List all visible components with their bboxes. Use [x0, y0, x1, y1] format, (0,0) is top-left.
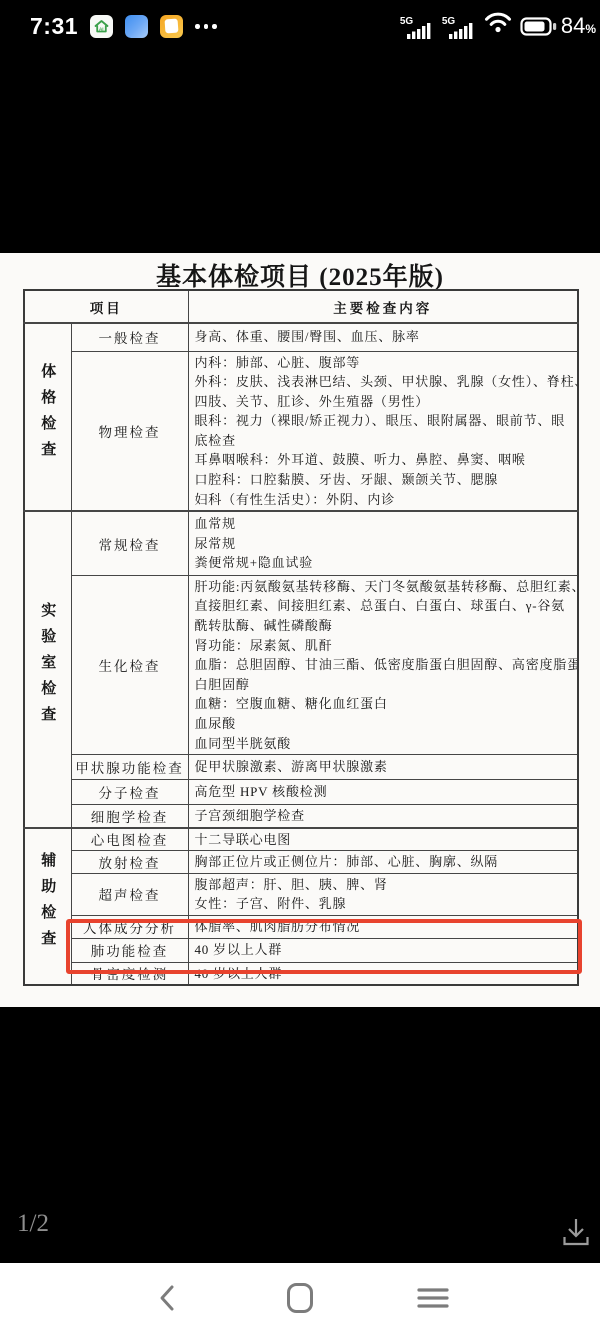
exam-content: 高危型 HPV 核酸检测	[188, 780, 578, 805]
exam-item: 放射检查	[71, 851, 188, 874]
exam-content: 腹部超声：肝、胆、胰、脾、肾 女性：子宫、附件、乳腺	[188, 873, 578, 915]
table-header-project: 项目	[24, 290, 188, 323]
exam-content: 十二导联心电图	[188, 828, 578, 851]
signal-icon-sim1: 5G	[400, 16, 434, 40]
exam-item: 分子检查	[71, 780, 188, 805]
home-app-icon: AI	[90, 15, 113, 38]
exam-item: 常规检查	[71, 511, 188, 575]
group-label-physical: 体格检查	[24, 323, 71, 511]
phone-screen: 7:31 AI 5G	[0, 0, 600, 1333]
battery-percent: 84%	[561, 13, 596, 39]
exam-content: 肝功能:丙氨酸氨基转移酶、天门冬氨酸氨基转移酶、总胆红素、 直接胆红素、间接胆红…	[188, 575, 578, 754]
notes-app-icon	[160, 15, 183, 38]
exam-item: 生化检查	[71, 575, 188, 754]
status-bar: 7:31 AI 5G	[0, 0, 600, 56]
page-indicator: 1/2	[17, 1210, 49, 1238]
exam-content: 促甲状腺激素、游离甲状腺激素	[188, 755, 578, 780]
exam-content: 血常规 尿常规 粪便常规+隐血试验	[188, 511, 578, 575]
home-button[interactable]	[280, 1278, 320, 1318]
table-header-content: 主要检查内容	[188, 290, 578, 323]
exam-content: 身高、体重、腰围/臀围、血压、脉率	[188, 323, 578, 351]
download-button[interactable]	[558, 1214, 594, 1250]
exam-content: 内科：肺部、心脏、腹部等 外科：皮肤、浅表淋巴结、头颈、甲状腺、乳腺（女性）、脊…	[188, 351, 578, 511]
group-label-laboratory: 实验室检查	[24, 511, 71, 827]
more-icon	[195, 24, 217, 29]
clock: 7:31	[30, 13, 78, 40]
exam-item: 心电图检查	[71, 828, 188, 851]
house-glyph: AI	[93, 18, 110, 35]
group-label-auxiliary: 辅助检查	[24, 828, 71, 986]
navigation-bar	[0, 1263, 600, 1333]
download-icon	[558, 1214, 594, 1250]
document-page[interactable]: 基本体检项目 (2025年版) 项目 主要检查内容 体格检查 一般检查 身高、体…	[0, 253, 600, 1007]
exam-item: 物理检查	[71, 351, 188, 511]
exam-item: 细胞学检查	[71, 805, 188, 828]
exam-content: 胸部正位片或正侧位片：肺部、心脏、胸廓、纵隔	[188, 851, 578, 874]
signal-icon-sim2: 5G	[442, 16, 476, 40]
recents-menu-button[interactable]	[413, 1278, 453, 1318]
exam-item: 超声检查	[71, 873, 188, 915]
back-button[interactable]	[147, 1278, 187, 1318]
wifi-icon	[484, 12, 512, 40]
exam-table: 项目 主要检查内容 体格检查 一般检查 身高、体重、腰围/臀围、血压、脉率 物理…	[23, 289, 579, 986]
home-icon	[286, 1282, 314, 1314]
gallery-app-icon	[125, 15, 148, 38]
document-title: 基本体检项目 (2025年版)	[0, 257, 600, 293]
exam-item: 甲状腺功能检查	[71, 755, 188, 780]
back-icon	[157, 1283, 177, 1313]
battery-icon: 84%	[520, 13, 596, 40]
exam-content: 子宫颈细胞学检查	[188, 805, 578, 828]
highlight-annotation-box	[66, 919, 582, 974]
menu-icon	[417, 1286, 449, 1310]
exam-item: 一般检查	[71, 323, 188, 351]
svg-text:AI: AI	[99, 27, 104, 32]
